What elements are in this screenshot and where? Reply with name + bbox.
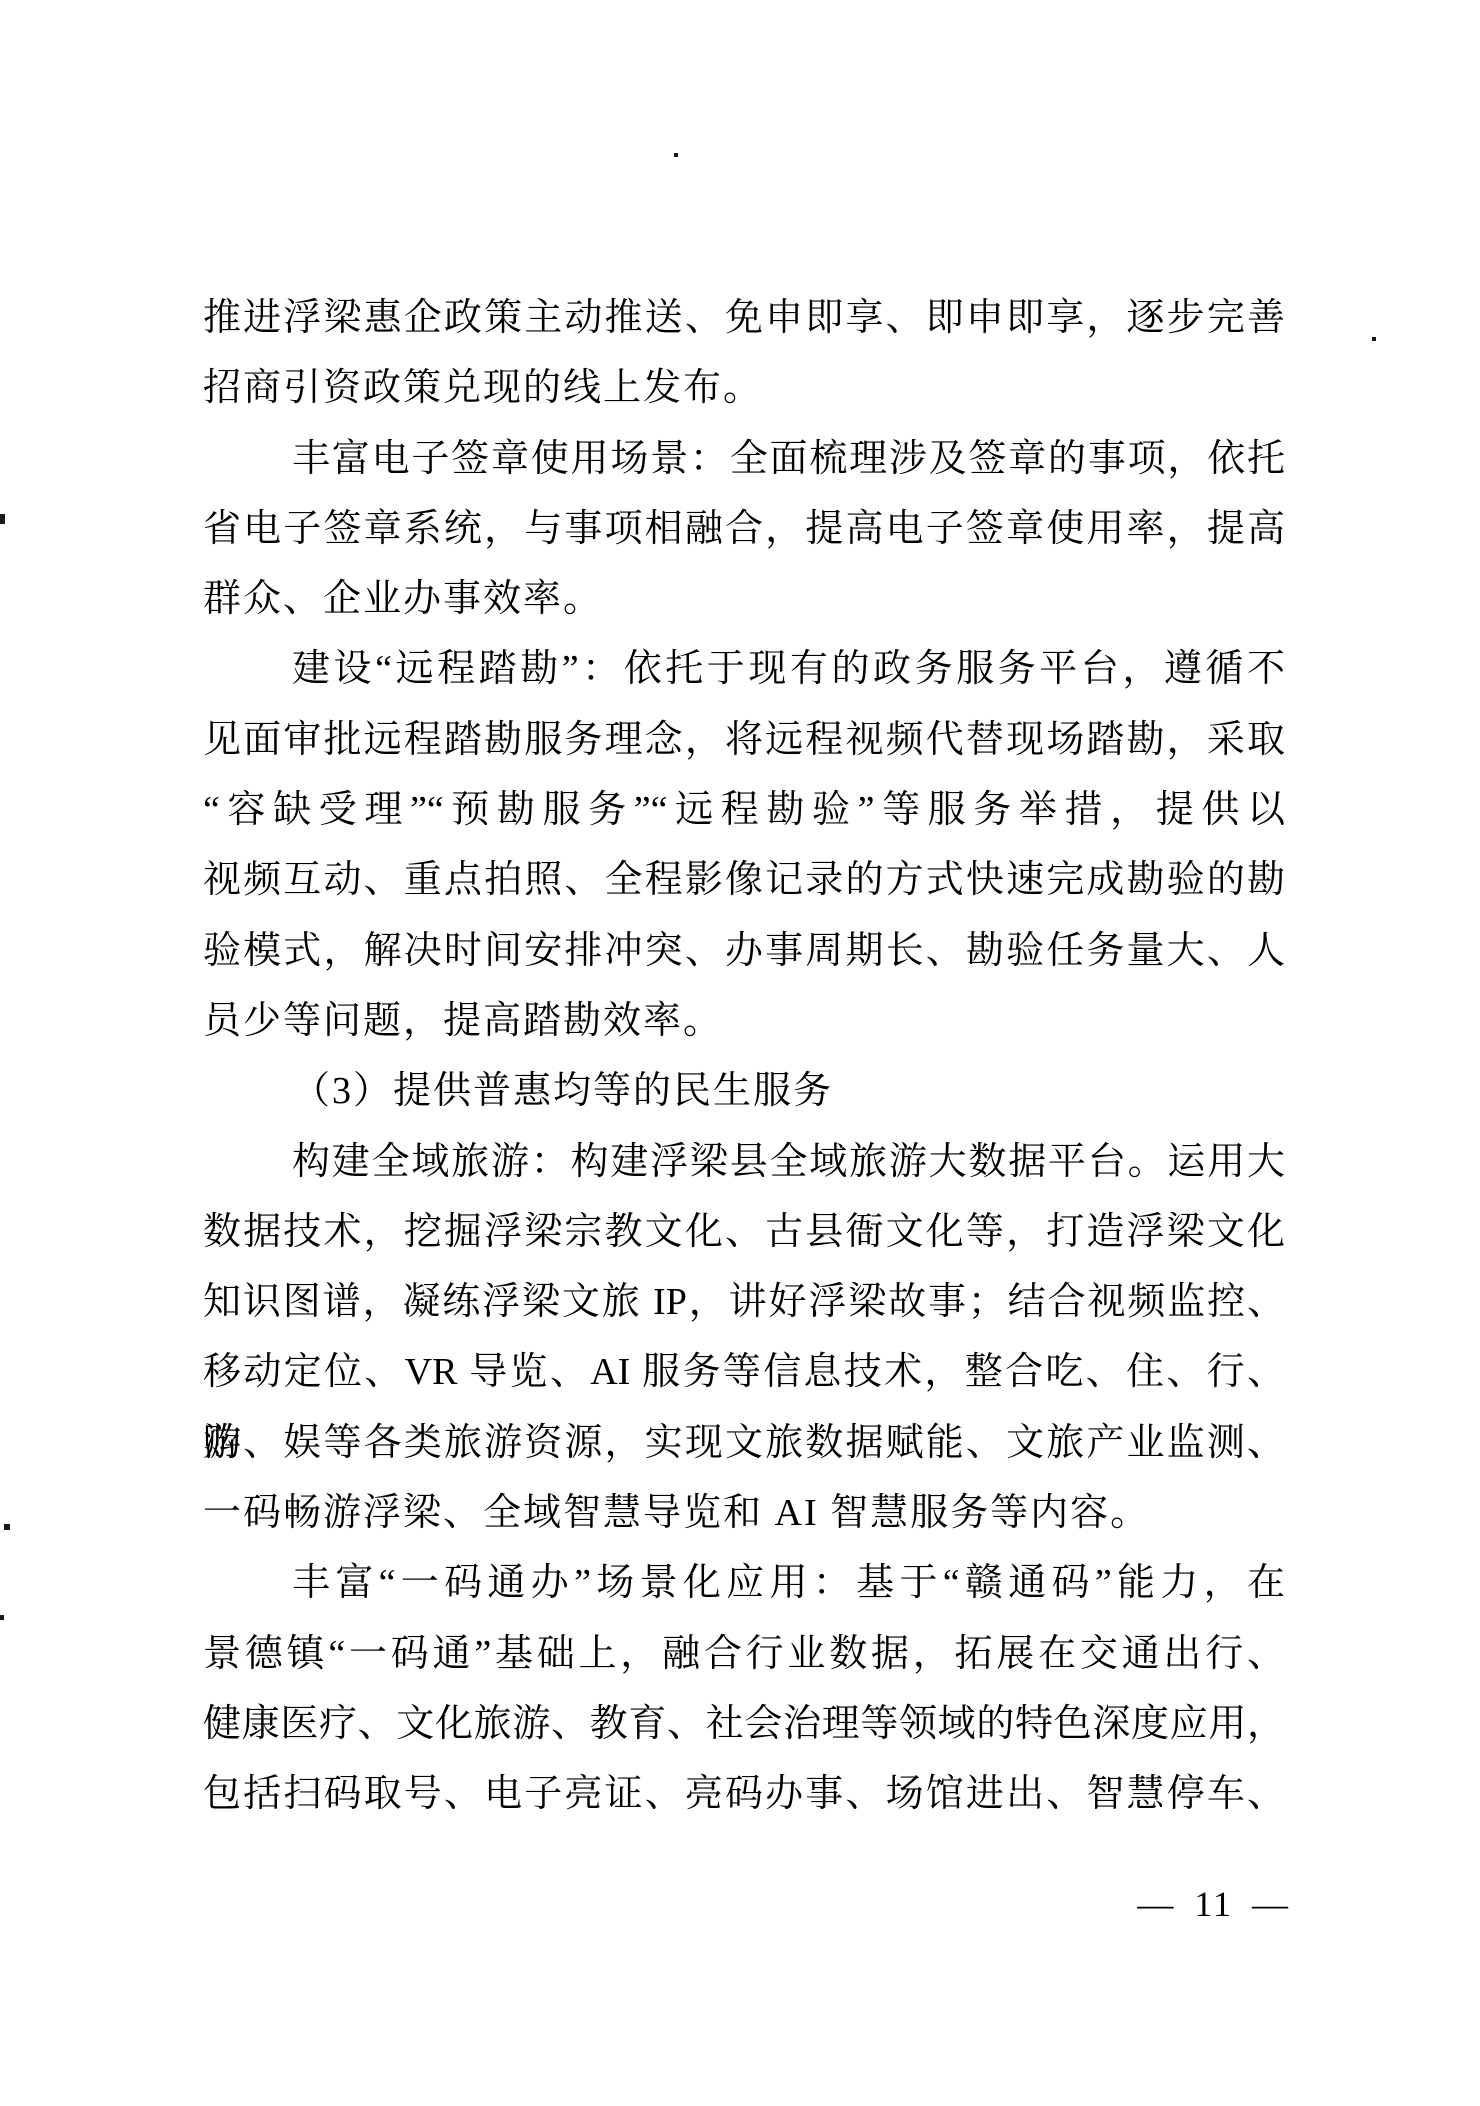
text-line: 省电子签章系统，与事项相融合，提高电子签章使用率，提高 — [203, 494, 1285, 564]
text-line: 数据技术，挖掘浮梁宗教文化、古县衙文化等，打造浮梁文化 — [203, 1197, 1285, 1267]
text-line: 购、娱等各类旅游资源，实现文旅数据赋能、文旅产业监测、 — [203, 1408, 1285, 1478]
text-line: 见面审批远程踏勘服务理念，将远程视频代替现场踏勘，采取 — [203, 705, 1285, 775]
text-line: 丰富电子签章使用场景：全面梳理涉及签章的事项，依托 — [203, 424, 1285, 494]
text-line: 群众、企业办事效率。 — [203, 564, 1285, 634]
text-line: 一码畅游浮梁、全域智慧导览和 AI 智慧服务等内容。 — [203, 1478, 1285, 1548]
scan-speck — [674, 153, 678, 157]
text-line: 建设“远程踏勘”：依托于现有的政务服务平台，遵循不 — [203, 634, 1285, 704]
text-line: 移动定位、VR 导览、AI 服务等信息技术，整合吃、住、行、游、 — [203, 1337, 1285, 1407]
text-line: 推进浮梁惠企政策主动推送、免申即享、即申即享，逐步完善 — [203, 283, 1285, 353]
page-number: — 11 — — [1137, 1882, 1290, 1926]
text-line: 招商引资政策兑现的线上发布。 — [203, 353, 1285, 423]
text-line: 包括扫码取号、电子亮证、亮码办事、场馆进出、智慧停车、 — [203, 1759, 1285, 1829]
scan-speck — [4, 1524, 10, 1530]
body-text: 推进浮梁惠企政策主动推送、免申即享、即申即享，逐步完善招商引资政策兑现的线上发布… — [203, 283, 1285, 1830]
text-line: 健康医疗、文化旅游、教育、社会治理等领域的特色深度应用， — [203, 1689, 1285, 1759]
document-page: 推进浮梁惠企政策主动推送、免申即享、即申即享，逐步完善招商引资政策兑现的线上发布… — [0, 0, 1480, 2106]
text-line: “容缺受理”“预勘服务”“远程勘验”等服务举措，提供以 — [203, 775, 1285, 845]
scan-speck — [0, 514, 5, 524]
text-line: 丰富“一码通办”场景化应用：基于“赣通码”能力，在 — [203, 1548, 1285, 1618]
text-line: 景德镇“一码通”基础上，融合行业数据，拓展在交通出行、 — [203, 1619, 1285, 1689]
text-line: 验模式，解决时间安排冲突、办事周期长、勘验任务量大、人 — [203, 916, 1285, 986]
text-line: 构建全域旅游：构建浮梁县全域旅游大数据平台。运用大 — [203, 1127, 1285, 1197]
text-line: 知识图谱，凝练浮梁文旅 IP，讲好浮梁故事；结合视频监控、 — [203, 1267, 1285, 1337]
text-line: 员少等问题，提高踏勘效率。 — [203, 986, 1285, 1056]
scan-speck — [1372, 337, 1376, 341]
text-line: 视频互动、重点拍照、全程影像记录的方式快速完成勘验的勘 — [203, 845, 1285, 915]
text-line: （3）提供普惠均等的民生服务 — [203, 1056, 1285, 1126]
scan-speck — [0, 1615, 4, 1620]
